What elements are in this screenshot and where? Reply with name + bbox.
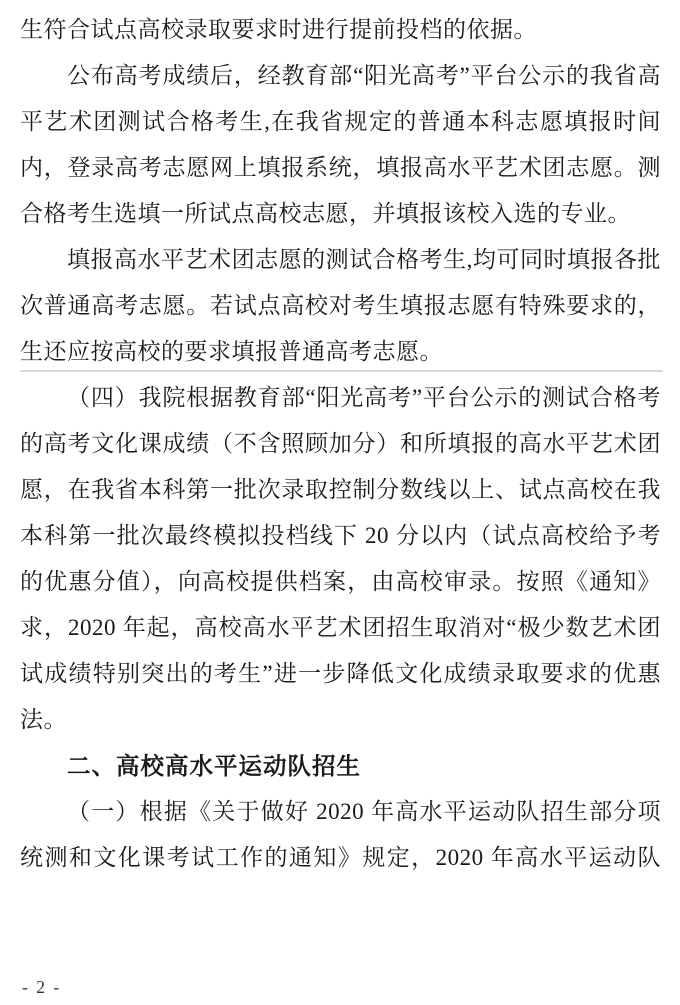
- text-line: 生还应按高校的要求填报普通高考志愿。: [20, 329, 661, 375]
- text-line: 生符合试点高校录取要求时进行提前投档的依据。: [20, 7, 661, 53]
- text-line: 的高考文化课成绩（不含照顾加分）和所填报的高水平艺术团志: [20, 421, 661, 467]
- document-body: 生符合试点高校录取要求时进行提前投档的依据。 公布高考成绩后，经教育部“阳光高考…: [20, 7, 661, 881]
- text-line: 求，2020 年起，高校高水平艺术团招生取消对“极少数艺术团测: [20, 605, 661, 651]
- text-line: 统测和文化课考试工作的通知》规定，2020 年高水平运动队考: [20, 835, 661, 881]
- text-line: 填报高水平艺术团志愿的测试合格考生,均可同时填报各批: [20, 237, 661, 283]
- text-line: 平艺术团测试合格考生,在我省规定的普通本科志愿填报时间: [20, 99, 661, 145]
- text-line: 愿，在我省本科第一批次录取控制分数线以上、试点高校在我省: [20, 467, 661, 513]
- text-line: 试成绩特别突出的考生”进一步降低文化成绩录取要求的优惠办: [20, 651, 661, 697]
- page-number: - 2 -: [22, 977, 61, 998]
- text-line: 本科第一批次最终模拟投档线下 20 分以内（试点高校给予考生: [20, 513, 661, 559]
- text-line: 法。: [20, 697, 661, 743]
- text-line: 合格考生选填一所试点高校志愿，并填报该校入选的专业。: [20, 191, 661, 237]
- section-heading: 二、高校高水平运动队招生: [20, 743, 661, 789]
- document-page: 生符合试点高校录取要求时进行提前投档的依据。 公布高考成绩后，经教育部“阳光高考…: [0, 0, 680, 1005]
- text-line: 次普通高考志愿。若试点高校对考生填报志愿有特殊要求的，考: [20, 283, 661, 329]
- text-line: 公布高考成绩后，经教育部“阳光高考”平台公示的我省高水: [20, 53, 661, 99]
- text-line: 的优惠分值），向高校提供档案，由高校审录。按照《通知》要: [20, 559, 661, 605]
- text-line: （一）根据《关于做好 2020 年高水平运动队招生部分项目: [20, 789, 661, 835]
- text-line: 内，登录高考志愿网上填报系统，填报高水平艺术团志愿。测试: [20, 145, 661, 191]
- text-line: （四）我院根据教育部“阳光高考”平台公示的测试合格考生: [20, 375, 661, 421]
- horizontal-divider: [20, 370, 663, 372]
